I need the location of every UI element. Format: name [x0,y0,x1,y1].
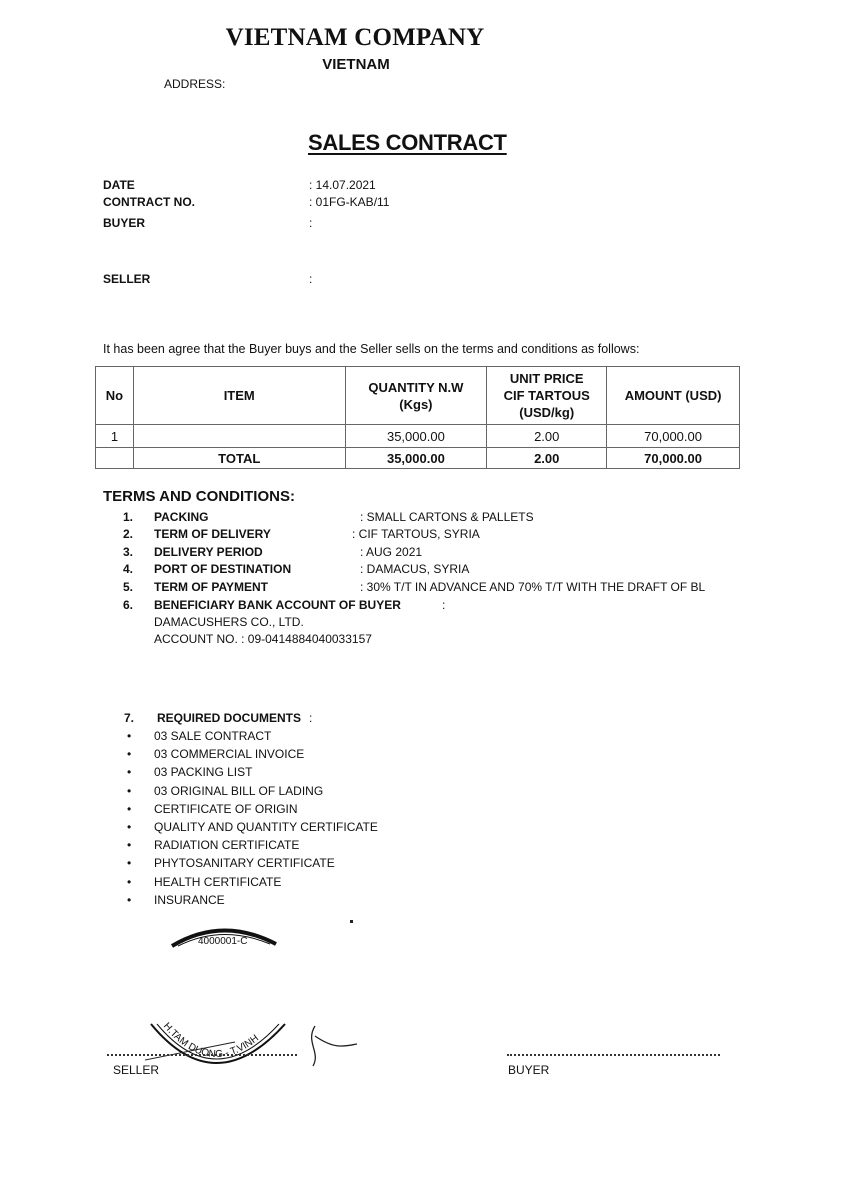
row-quantity: 35,000.00 [345,425,487,448]
term-2-label: TERM OF DELIVERY [154,527,271,541]
seller-signature-label: SELLER [113,1063,159,1077]
table-total-row: TOTAL 35,000.00 2.00 70,000.00 [96,448,740,469]
bullet-icon: • [127,765,131,779]
list-item: 03 SALE CONTRACT [154,729,271,743]
company-name: VIETNAM COMPANY [0,24,710,52]
term-5-label: TERM OF PAYMENT [154,580,268,594]
row-no: 1 [96,425,134,448]
svg-text:4000001-C: 4000001-C [198,936,247,947]
company-country: VIETNAM [0,56,712,73]
company-stamp-top: 4000001-C [168,922,280,948]
buyer-value: : [309,216,312,230]
seller-signature-line [107,1054,297,1056]
company-stamp-bottom: H.TAM DUONG - T.VINH [145,1022,385,1082]
term-5-num: 5. [123,580,133,594]
list-item: QUALITY AND QUANTITY CERTIFICATE [154,820,378,834]
document-title: SALES CONTRACT [308,130,507,156]
list-item: 03 COMMERCIAL INVOICE [154,747,304,761]
bullet-icon: • [127,838,131,852]
table-row: 1 35,000.00 2.00 70,000.00 [96,425,740,448]
required-docs-num: 7. [124,711,134,725]
term-3-num: 3. [123,545,133,559]
col-header-item: ITEM [133,367,345,425]
terms-heading: TERMS AND CONDITIONS: [103,488,295,505]
table-header-row: No ITEM QUANTITY N.W(Kgs) UNIT PRICECIF … [96,367,740,425]
date-label: DATE [103,178,135,192]
list-item: PHYTOSANITARY CERTIFICATE [154,856,335,870]
list-item: RADIATION CERTIFICATE [154,838,299,852]
bullet-icon: • [127,856,131,870]
list-item: 03 PACKING LIST [154,765,252,779]
bullet-icon: • [127,820,131,834]
term-2-value: : CIF TARTOUS, SYRIA [352,527,480,541]
list-item: CERTIFICATE OF ORIGIN [154,802,298,816]
bank-name: DAMACUSHERS CO., LTD. [154,615,304,629]
contract-no-value: : 01FG-KAB/11 [309,195,389,209]
buyer-signature-line [507,1054,720,1056]
list-item: INSURANCE [154,893,225,907]
seller-value: : [309,272,312,286]
list-item: 03 ORIGINAL BILL OF LADING [154,784,323,798]
col-header-unit-price: UNIT PRICECIF TARTOUS(USD/kg) [487,367,607,425]
term-1-value: : SMALL CARTONS & PALLETS [360,510,534,524]
date-value: : 14.07.2021 [309,178,376,192]
term-6-label: BENEFICIARY BANK ACCOUNT OF BUYER [154,598,401,612]
row-item [133,425,345,448]
bullet-icon: • [127,875,131,889]
term-6-value: : [442,598,445,612]
col-header-quantity: QUANTITY N.W(Kgs) [345,367,487,425]
term-6-num: 6. [123,598,133,612]
goods-table: No ITEM QUANTITY N.W(Kgs) UNIT PRICECIF … [95,366,740,469]
agreement-intro: It has been agree that the Buyer buys an… [103,342,639,356]
account-number: ACCOUNT NO. : 09-0414884040033157 [154,632,372,646]
contract-no-label: CONTRACT NO. [103,195,195,209]
required-docs-colon: : [309,711,312,725]
term-4-label: PORT OF DESTINATION [154,562,291,576]
term-4-value: : DAMACUS, SYRIA [360,562,469,576]
total-unit-price: 2.00 [487,448,607,469]
col-header-no: No [96,367,134,425]
seller-label: SELLER [103,272,150,286]
term-3-value: : AUG 2021 [360,545,422,559]
term-1-label: PACKING [154,510,208,524]
row-unit-price: 2.00 [487,425,607,448]
total-no [96,448,134,469]
col-header-amount: AMOUNT (USD) [607,367,740,425]
term-5-value: : 30% T/T IN ADVANCE AND 70% T/T WITH TH… [360,580,705,594]
term-4-num: 4. [123,562,133,576]
buyer-label: BUYER [103,216,145,230]
bullet-icon: • [127,802,131,816]
term-1-num: 1. [123,510,133,524]
term-2-num: 2. [123,527,133,541]
address-label: ADDRESS: [164,77,225,91]
ink-dot [350,920,353,923]
required-docs-label: REQUIRED DOCUMENTS [157,711,301,725]
term-3-label: DELIVERY PERIOD [154,545,263,559]
total-quantity: 35,000.00 [345,448,487,469]
signature-icon [312,1026,357,1066]
list-item: HEALTH CERTIFICATE [154,875,281,889]
bullet-icon: • [127,729,131,743]
row-amount: 70,000.00 [607,425,740,448]
bullet-icon: • [127,893,131,907]
bullet-icon: • [127,747,131,761]
total-amount: 70,000.00 [607,448,740,469]
buyer-signature-label: BUYER [508,1063,549,1077]
total-label: TOTAL [133,448,345,469]
bullet-icon: • [127,784,131,798]
